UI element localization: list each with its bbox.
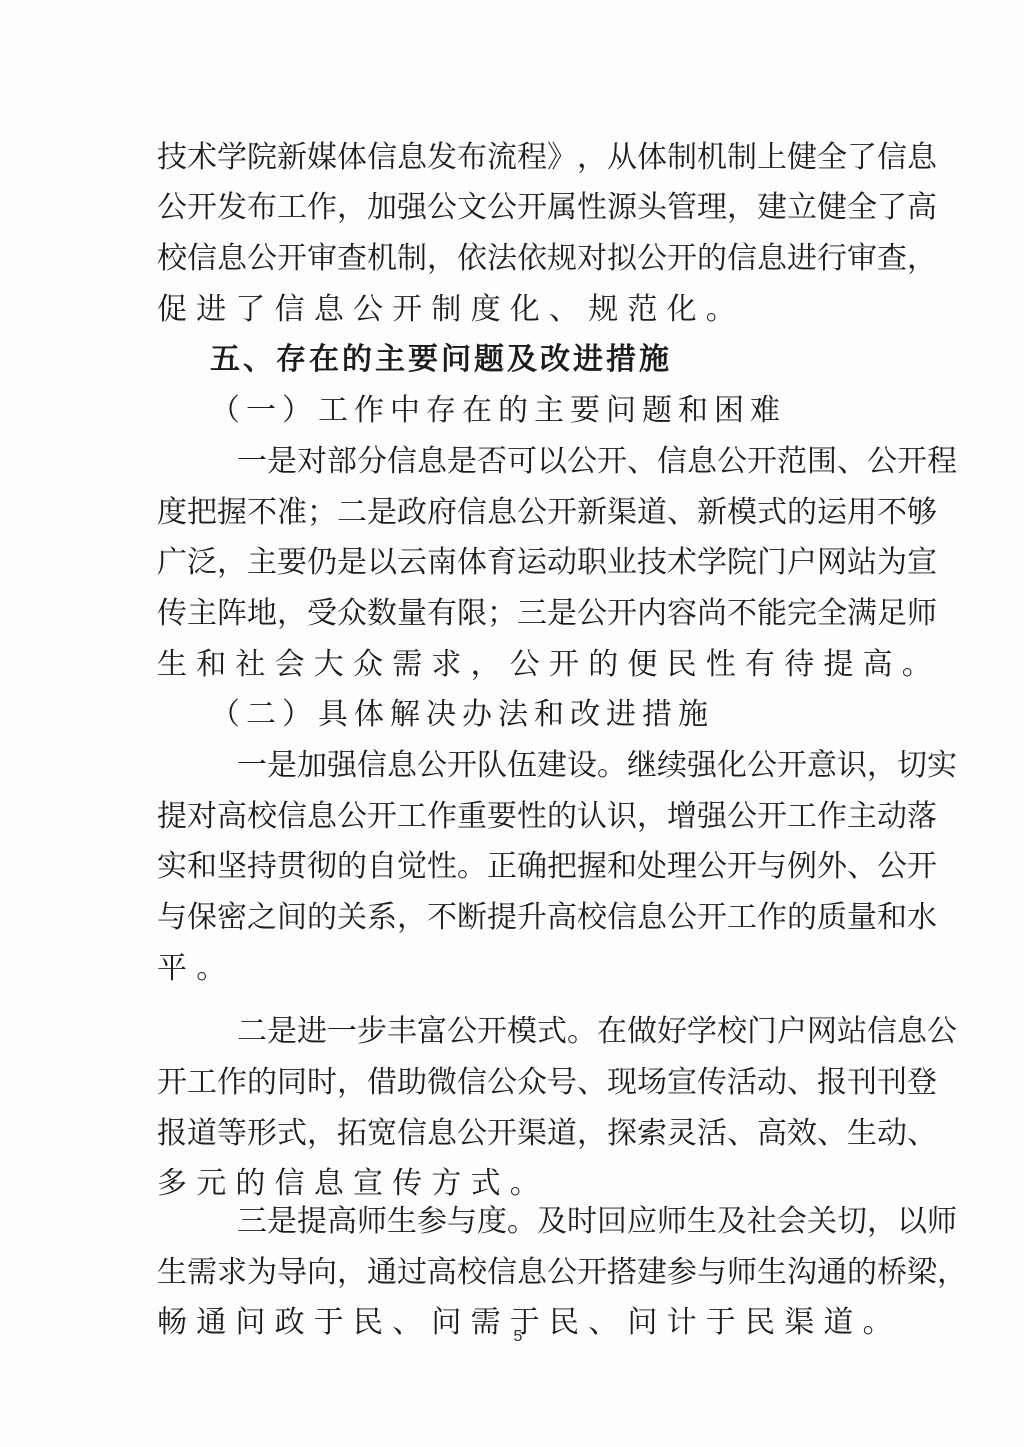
text-line: 三是提高师生参与度。及时回应师生及社会关切，以师 [237,1200,863,1244]
text-line: 实和坚持贯彻的自觉性。正确把握和处理公开与例外、公开 [157,845,863,889]
text-line: 开工作的同时，借助微信公众号、现场宣传活动、报刊刊登 [157,1061,863,1105]
text-line: 一是对部分信息是否可以公开、信息公开范围、公开程 [237,440,863,484]
text-line: 与保密之间的关系，不断提升高校信息公开工作的质量和水 [157,896,863,940]
text-line: 传主阵地，受众数量有限；三是公开内容尚不能完全满足师 [157,592,863,636]
text-line: 校信息公开审查机制，依法依规对拟公开的信息进行审查， [157,237,863,281]
text-line: 生和社会大众需求，公开的便民性有待提高。 [157,643,863,687]
text-line: 报道等形式，拓宽信息公开渠道，探索灵活、高效、生动、 [157,1112,863,1156]
text-line: 生需求为导向，通过高校信息公开搭建参与师生沟通的桥梁， [157,1251,863,1295]
text-line: 平。 [157,947,863,991]
page-number: 5 [508,1328,528,1346]
text-line: 一是加强信息公开队伍建设。继续强化公开意识，切实 [237,744,863,788]
text-line: 提对高校信息公开工作重要性的认识，增强公开工作主动落 [157,795,863,839]
document-page: 技术学院新媒体信息发布流程》，从体制机制上健全了信息公开发布工作，加强公文公开属… [0,0,1024,1447]
text-line: 度把握不准；二是政府信息公开新渠道、新模式的运用不够 [157,491,863,535]
text-line: 技术学院新媒体信息发布流程》，从体制机制上健全了信息 [157,136,863,180]
section-heading: 五、存在的主要问题及改进措施 [210,338,863,382]
subsection-heading: （一）工作中存在的主要问题和困难 [210,389,863,433]
text-line: 公开发布工作，加强公文公开属性源头管理，建立健全了高 [157,186,863,230]
text-line: 促进了信息公开制度化、规范化。 [157,288,863,332]
text-line: 二是进一步丰富公开模式。在做好学校门户网站信息公 [237,1010,863,1054]
subsection-heading: （二）具体解决办法和改进措施 [210,693,863,737]
text-line: 广泛，主要仍是以云南体育运动职业技术学院门户网站为宣 [157,541,863,585]
